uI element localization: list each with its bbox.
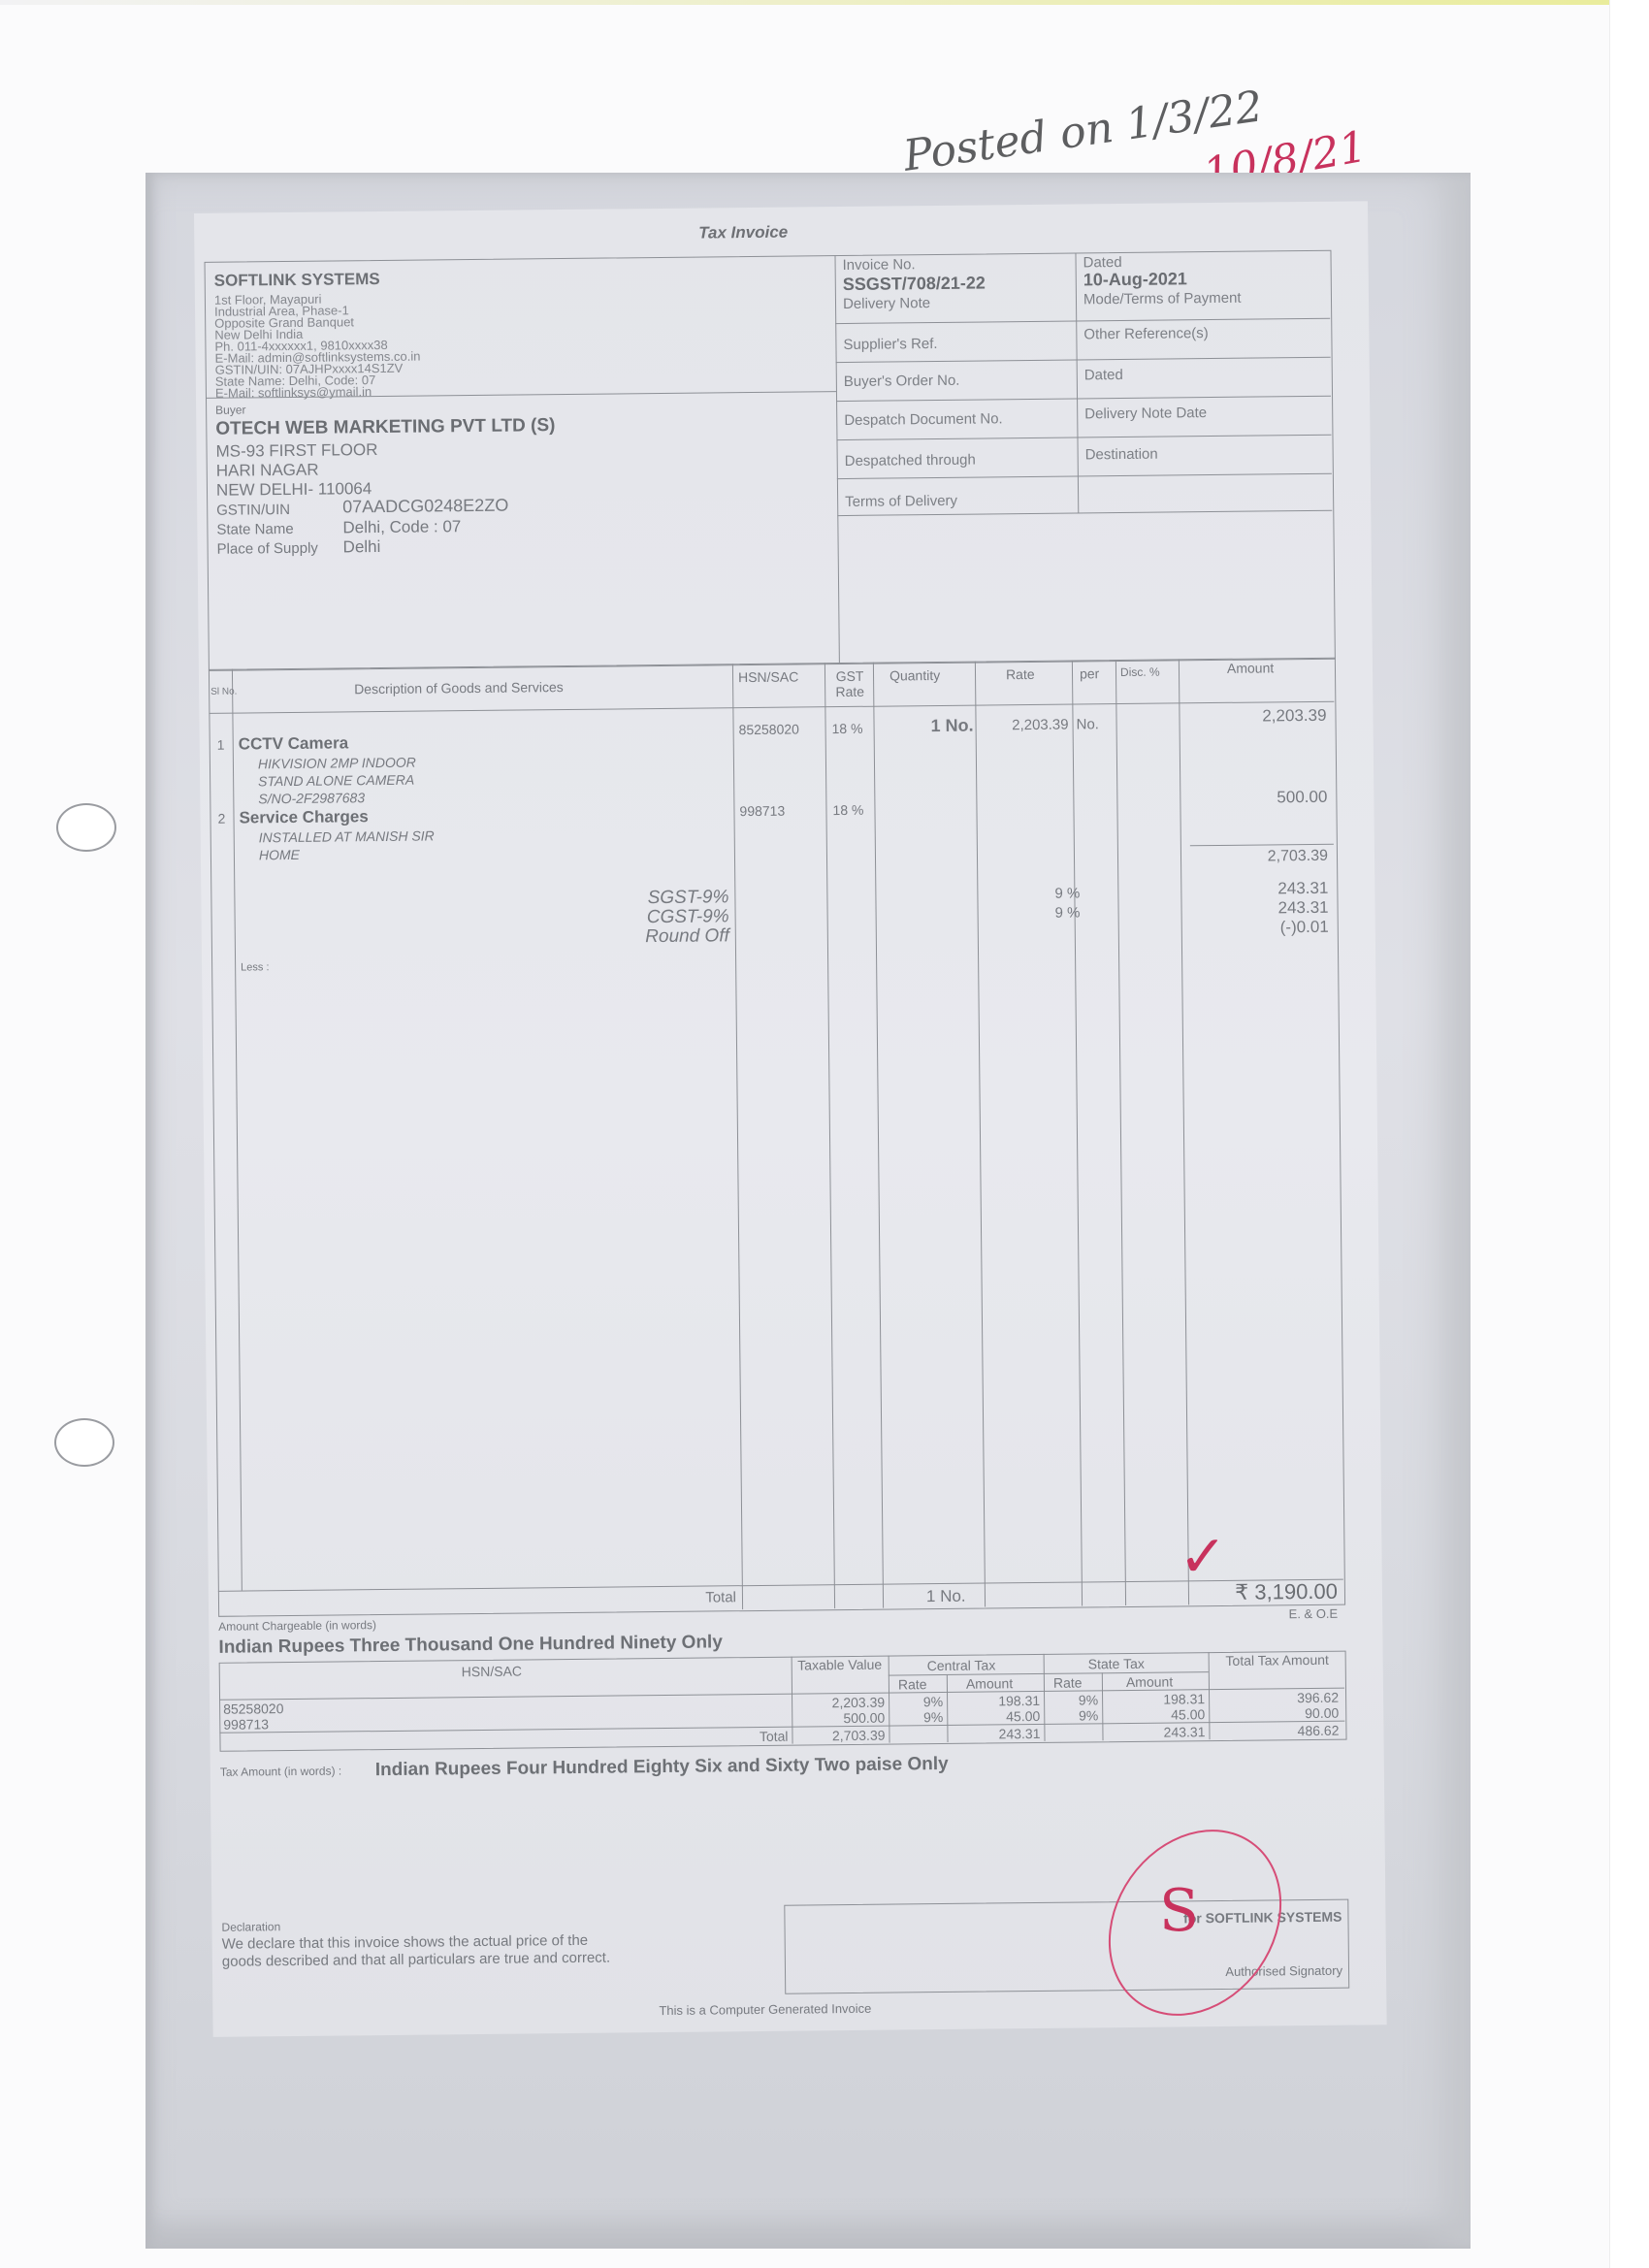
- ts-cell-c-rate: 9%: [892, 1694, 943, 1710]
- total-label: Total: [635, 1589, 736, 1606]
- tax-amount-sgst: 243.31: [1182, 879, 1328, 900]
- ts-cell-c-rate: 9%: [892, 1709, 943, 1726]
- buyer-label: Buyer: [215, 403, 246, 416]
- buyer-address-line: MS-93 FIRST FLOOR: [215, 440, 377, 462]
- header-rate: Rate: [1006, 666, 1035, 682]
- invoice-title: Tax Invoice: [698, 223, 788, 243]
- delivery-note-label: Delivery Note: [843, 295, 930, 312]
- ts-cell-s-rate: 9%: [1048, 1707, 1098, 1724]
- ts-cell-s-amt: 45.00: [1106, 1706, 1205, 1723]
- header-quantity: Quantity: [889, 667, 940, 684]
- buyer-name: OTECH WEB MARKETING PVT LTD (S): [215, 415, 555, 440]
- invoice-date: 10-Aug-2021: [1083, 269, 1187, 290]
- tax-rate-sgst: 9 %: [1054, 885, 1080, 901]
- buyer-place: Delhi: [343, 537, 381, 557]
- item-amount: 500.00: [1181, 788, 1327, 809]
- computer-generated-note: This is a Computer Generated Invoice: [659, 2001, 871, 2018]
- row-sl: 2: [217, 811, 225, 826]
- eoe: E. & O.E: [1190, 1606, 1338, 1623]
- ts-total-state: 243.31: [1106, 1724, 1205, 1740]
- ts-cell-taxable: 500.00: [795, 1710, 885, 1727]
- ts-cell-total: 90.00: [1212, 1705, 1339, 1722]
- buyer-state: Delhi, Code : 07: [342, 517, 461, 537]
- ts-header-hsn: HSN/SAC: [462, 1664, 522, 1680]
- seller-address-line: E-Mail: softlinksys@ymail.in: [215, 384, 372, 401]
- header-sl: Sl No.: [210, 687, 237, 697]
- tax-in-words: Indian Rupees Four Hundred Eighty Six an…: [375, 1754, 949, 1781]
- handwritten-tick-mark: ✓: [1179, 1523, 1227, 1591]
- buyer-address-line: HARI NAGAR: [216, 461, 319, 481]
- less-label: Less :: [241, 961, 269, 973]
- item-detail: HOME: [259, 847, 300, 862]
- ts-cell-s-amt: 198.31: [1106, 1691, 1205, 1707]
- despatch-doc-label: Despatch Document No.: [844, 410, 1003, 429]
- item-hsn: 998713: [739, 803, 785, 819]
- punch-hole-top: [56, 803, 116, 852]
- item-per: No.: [1076, 716, 1099, 732]
- other-refs-label: Other Reference(s): [1083, 325, 1209, 342]
- terms-delivery-label: Terms of Delivery: [845, 493, 957, 510]
- invoice-sheet: Tax Invoice SOFTLINK SYSTEMS 1st Floor, …: [194, 201, 1387, 2037]
- ts-header-total: Total Tax Amount: [1214, 1653, 1341, 1669]
- ts-cell-c-amt: 45.00: [951, 1708, 1040, 1725]
- item-gst-rate: 18 %: [832, 802, 863, 818]
- invoice-no: SSGST/708/21-22: [843, 273, 986, 295]
- item-name: Service Charges: [239, 807, 368, 827]
- ts-total-central: 243.31: [951, 1726, 1040, 1742]
- ts-header-c-amount: Amount: [966, 1675, 1013, 1692]
- ts-cell-hsn: 998713: [223, 1716, 339, 1733]
- amount-words-label: Amount Chargeable (in words): [218, 1618, 376, 1634]
- ts-header-s-rate: Rate: [1053, 1674, 1083, 1690]
- ts-cell-taxable: 2,203.39: [795, 1695, 885, 1711]
- ts-header-c-rate: Rate: [898, 1676, 927, 1692]
- despatched-through-label: Despatched through: [845, 452, 976, 470]
- seller-name: SOFTLINK SYSTEMS: [214, 270, 380, 291]
- item-detail: S/NO-2F2987683: [258, 790, 365, 806]
- ts-header-state: State Tax: [1088, 1656, 1145, 1672]
- declaration-line: goods described and that all particulars…: [222, 1950, 610, 1970]
- order-dated-label: Dated: [1084, 367, 1123, 383]
- tax-words-label: Tax Amount (in words) :: [220, 1764, 342, 1778]
- invoice-no-label: Invoice No.: [843, 256, 916, 274]
- item-detail: INSTALLED AT MANISH SIR: [259, 827, 435, 845]
- ts-cell-c-amt: 198.31: [951, 1693, 1040, 1709]
- item-rate: 2,203.39: [975, 717, 1068, 734]
- tax-label-roundoff: Round Off: [493, 925, 729, 950]
- item-gst-rate: 18 %: [832, 721, 863, 736]
- item-quantity: 1 No.: [878, 716, 973, 737]
- header-amount: Amount: [1227, 660, 1274, 676]
- item-hsn: 85258020: [739, 721, 799, 737]
- delivery-note-date-label: Delivery Note Date: [1084, 405, 1207, 422]
- ts-header-central: Central Tax: [927, 1657, 996, 1673]
- buyer-place-label: Place of Supply: [217, 540, 318, 558]
- page-right-margin: [1609, 0, 1649, 2268]
- ts-total-label: Total: [695, 1729, 788, 1745]
- ts-header-s-amount: Amount: [1126, 1674, 1173, 1691]
- total-quantity: 1 No.: [926, 1587, 966, 1606]
- header-per: per: [1080, 665, 1099, 681]
- header-gst-rate: GST Rate: [829, 668, 870, 699]
- payment-terms-label: Mode/Terms of Payment: [1083, 290, 1242, 308]
- buyer-gstin-label: GSTIN/UIN: [216, 502, 290, 519]
- header-box: [205, 250, 1336, 671]
- ts-header-taxable: Taxable Value: [795, 1658, 885, 1673]
- ts-cell-hsn: 85258020: [223, 1701, 339, 1717]
- ts-total-tax: 486.62: [1212, 1723, 1339, 1739]
- punch-hole-bottom: [54, 1418, 114, 1467]
- row-sl: 1: [217, 737, 225, 753]
- items-table: [209, 658, 1345, 1617]
- item-detail: HIKVISION 2MP INDOOR: [258, 755, 416, 772]
- item-name: CCTV Camera: [239, 733, 349, 754]
- destination-label: Destination: [1085, 446, 1158, 464]
- tax-rate-cgst: 9 %: [1055, 904, 1081, 921]
- item-amount: 2,203.39: [1180, 706, 1326, 728]
- header-disc: Disc. %: [1120, 665, 1160, 679]
- tax-amount-cgst: 243.31: [1182, 898, 1328, 920]
- tax-amount-roundoff: (-)0.01: [1183, 918, 1329, 939]
- ts-total-taxable: 2,703.39: [795, 1728, 885, 1744]
- buyers-order-label: Buyer's Order No.: [844, 373, 960, 390]
- ts-cell-total: 396.62: [1212, 1690, 1339, 1706]
- header-description: Description of Goods and Services: [354, 679, 564, 697]
- dated-label: Dated: [1083, 254, 1121, 271]
- buyer-state-label: State Name: [216, 521, 293, 538]
- ts-cell-s-rate: 9%: [1048, 1692, 1098, 1708]
- page-top-edge: [0, 0, 1649, 5]
- subtotal: 2,703.39: [1182, 848, 1328, 867]
- suppliers-ref-label: Supplier's Ref.: [843, 336, 937, 353]
- signature-initial: S: [1159, 1877, 1199, 1945]
- item-detail: STAND ALONE CAMERA: [258, 772, 414, 790]
- header-hsn: HSN/SAC: [738, 668, 798, 685]
- amount-in-words: Indian Rupees Three Thousand One Hundred…: [218, 1632, 723, 1658]
- buyer-gstin: 07AADCG0248E2ZO: [342, 496, 508, 518]
- declaration-label: Declaration: [221, 1920, 280, 1934]
